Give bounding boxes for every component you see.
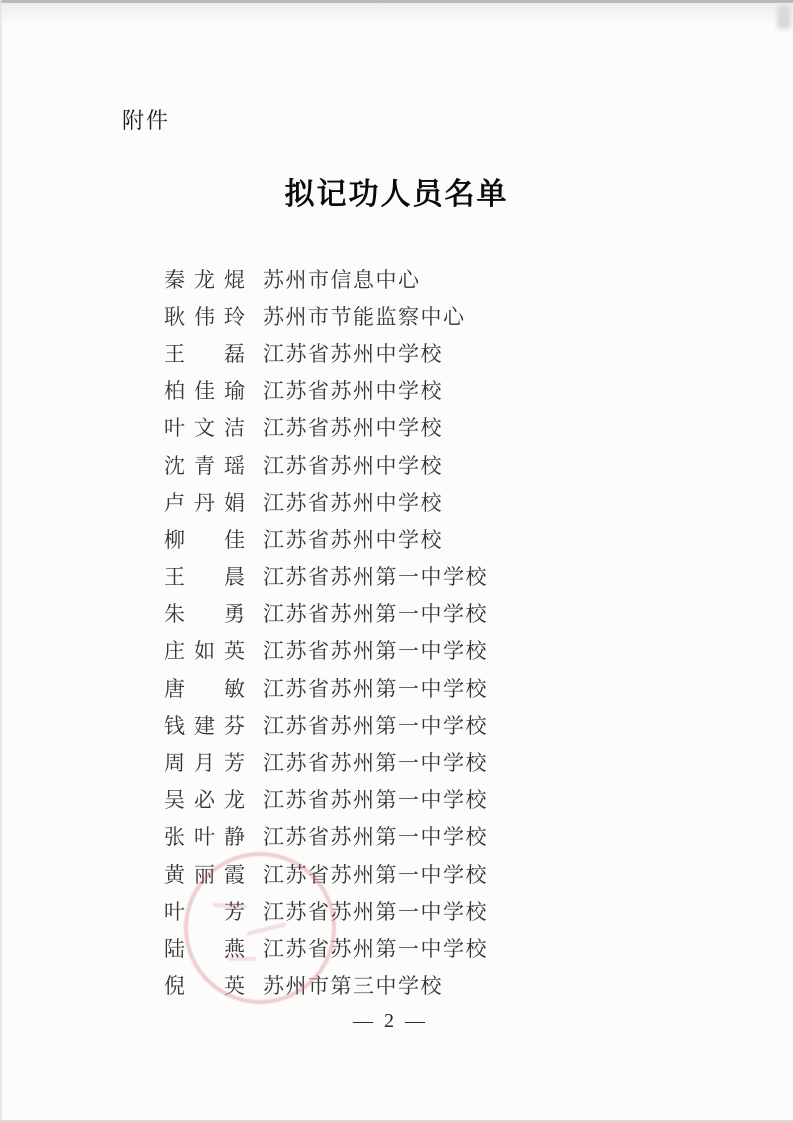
person-name: 叶芳 <box>164 896 245 926</box>
document-page: 附件 拟记功人员名单 秦龙焜 苏州市信息中心 耿伟玲 苏州市节能监察中心 王磊 … <box>0 0 793 1122</box>
person-name: 王晨 <box>164 561 245 591</box>
person-name: 耿伟玲 <box>164 301 245 331</box>
person-org: 江苏省苏州第一中学校 <box>263 598 488 628</box>
person-org: 江苏省苏州第一中学校 <box>263 635 488 665</box>
roster-row: 陆燕 江苏省苏州第一中学校 <box>164 929 644 966</box>
scan-smudge <box>777 5 791 29</box>
attachment-label: 附件 <box>122 108 170 134</box>
person-org: 江苏省苏州第一中学校 <box>263 896 488 926</box>
person-name: 张叶静 <box>164 821 245 851</box>
page-title: 拟记功人员名单 <box>0 177 793 213</box>
roster-row: 周月芳 江苏省苏州第一中学校 <box>164 743 644 780</box>
roster-row: 王晨 江苏省苏州第一中学校 <box>164 558 644 595</box>
person-name: 沈青瑶 <box>164 450 245 480</box>
person-name: 庄如英 <box>164 635 245 665</box>
person-name: 王磊 <box>164 338 245 368</box>
scan-edge-left <box>0 0 3 1122</box>
person-org: 江苏省苏州第一中学校 <box>263 821 488 851</box>
roster-row: 黄丽霞 江苏省苏州第一中学校 <box>164 855 644 892</box>
roster-row: 秦龙焜 苏州市信息中心 <box>164 260 644 297</box>
person-org: 苏州市信息中心 <box>263 264 421 294</box>
person-name: 卢丹娟 <box>164 487 245 517</box>
person-org: 江苏省苏州第一中学校 <box>263 933 488 963</box>
roster-row: 钱建芬 江苏省苏州第一中学校 <box>164 706 644 743</box>
roster-row: 沈青瑶 江苏省苏州中学校 <box>164 446 644 483</box>
roster-row: 朱勇 江苏省苏州第一中学校 <box>164 595 644 632</box>
roster-row: 王磊 江苏省苏州中学校 <box>164 334 644 371</box>
person-org: 江苏省苏州中学校 <box>263 375 443 405</box>
person-org: 江苏省苏州中学校 <box>263 487 443 517</box>
person-org: 江苏省苏州第一中学校 <box>263 859 488 889</box>
person-name: 秦龙焜 <box>164 264 245 294</box>
person-org: 江苏省苏州中学校 <box>263 338 443 368</box>
person-name: 倪英 <box>164 970 245 1000</box>
person-org: 苏州市节能监察中心 <box>263 301 466 331</box>
person-name: 周月芳 <box>164 747 245 777</box>
roster-row: 张叶静 江苏省苏州第一中学校 <box>164 818 644 855</box>
roster-row: 叶文洁 江苏省苏州中学校 <box>164 409 644 446</box>
person-name: 唐敏 <box>164 673 245 703</box>
roster-row: 卢丹娟 江苏省苏州中学校 <box>164 483 644 520</box>
person-org: 江苏省苏州第一中学校 <box>263 673 488 703</box>
person-org: 江苏省苏州中学校 <box>263 450 443 480</box>
person-org: 苏州市第三中学校 <box>263 970 443 1000</box>
roster-row: 叶芳 江苏省苏州第一中学校 <box>164 892 644 929</box>
person-org: 江苏省苏州中学校 <box>263 524 443 554</box>
roster-row: 柳佳 江苏省苏州中学校 <box>164 520 644 557</box>
person-name: 柳佳 <box>164 524 245 554</box>
page-number: — 2 — <box>0 1006 781 1036</box>
person-name: 吴必龙 <box>164 784 245 814</box>
roster-row: 庄如英 江苏省苏州第一中学校 <box>164 632 644 669</box>
roster-row: 吴必龙 江苏省苏州第一中学校 <box>164 781 644 818</box>
person-org: 江苏省苏州第一中学校 <box>263 784 488 814</box>
person-org: 江苏省苏州第一中学校 <box>263 561 488 591</box>
roster-list: 秦龙焜 苏州市信息中心 耿伟玲 苏州市节能监察中心 王磊 江苏省苏州中学校 柏佳… <box>164 260 644 1004</box>
person-org: 江苏省苏州中学校 <box>263 412 443 442</box>
scan-edge-top-fade <box>0 3 793 25</box>
person-org: 江苏省苏州第一中学校 <box>263 710 488 740</box>
person-name: 柏佳瑜 <box>164 375 245 405</box>
roster-row: 柏佳瑜 江苏省苏州中学校 <box>164 372 644 409</box>
person-org: 江苏省苏州第一中学校 <box>263 747 488 777</box>
person-name: 朱勇 <box>164 598 245 628</box>
roster-row: 耿伟玲 苏州市节能监察中心 <box>164 297 644 334</box>
person-name: 陆燕 <box>164 933 245 963</box>
roster-row: 唐敏 江苏省苏州第一中学校 <box>164 669 644 706</box>
person-name: 钱建芬 <box>164 710 245 740</box>
person-name: 叶文洁 <box>164 412 245 442</box>
person-name: 黄丽霞 <box>164 859 245 889</box>
roster-row: 倪英 苏州市第三中学校 <box>164 967 644 1004</box>
